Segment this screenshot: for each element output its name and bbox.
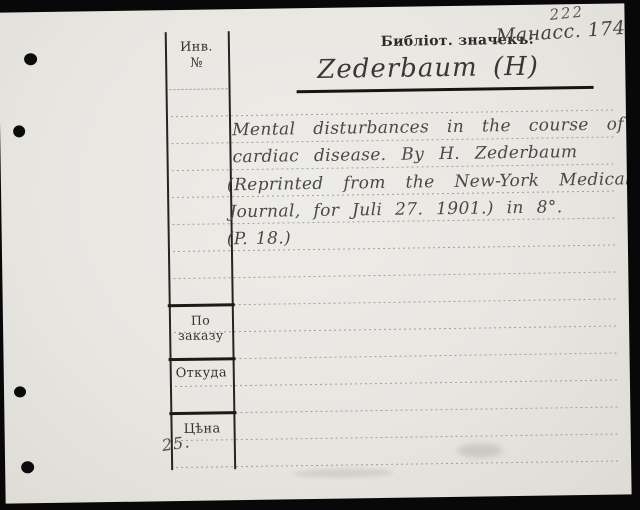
row-label-po-zakazu: По заказу [169, 312, 232, 343]
heading-underline [297, 86, 594, 93]
catalog-card-page: Инв. № По заказу Откуда Цѣна 25. 222 Биб… [0, 3, 632, 503]
body-line: cardiac disease. By H. Zederbaum [232, 142, 577, 167]
column-header-inventory: Инв. № [165, 39, 228, 72]
body-line: (P. 18.) [227, 228, 292, 249]
column-header-line2: № [165, 55, 228, 72]
ruled-line [168, 272, 616, 280]
ruled-line [171, 461, 619, 469]
price-value-handwritten: 25. [161, 432, 192, 455]
ruled-line [169, 299, 617, 307]
scan-smudge [293, 468, 393, 478]
ruled-line [170, 380, 618, 388]
column-row-divider [169, 357, 236, 361]
ruled-line [171, 434, 619, 442]
hole-punch-icon [13, 125, 25, 137]
scan-smudge [457, 443, 503, 458]
ruled-lines [0, 3, 624, 12]
hole-punch-icon [14, 386, 26, 397]
ruled-line [169, 326, 617, 334]
ruled-line [170, 407, 618, 415]
column-row-divider [169, 411, 236, 415]
row-label-otkuda: Откуда [170, 365, 233, 381]
hole-punch-icon [21, 461, 34, 473]
scan-background: { "card": { "corner_number": "222", "sta… [0, 0, 640, 510]
column-header-line1: Инв. [165, 39, 228, 56]
author-heading-handwritten: Zederbaum (H) [317, 52, 539, 85]
column-header-underline [166, 88, 230, 90]
hole-punch-icon [24, 53, 37, 65]
column-row-divider [168, 303, 235, 307]
ruled-line [170, 353, 618, 361]
